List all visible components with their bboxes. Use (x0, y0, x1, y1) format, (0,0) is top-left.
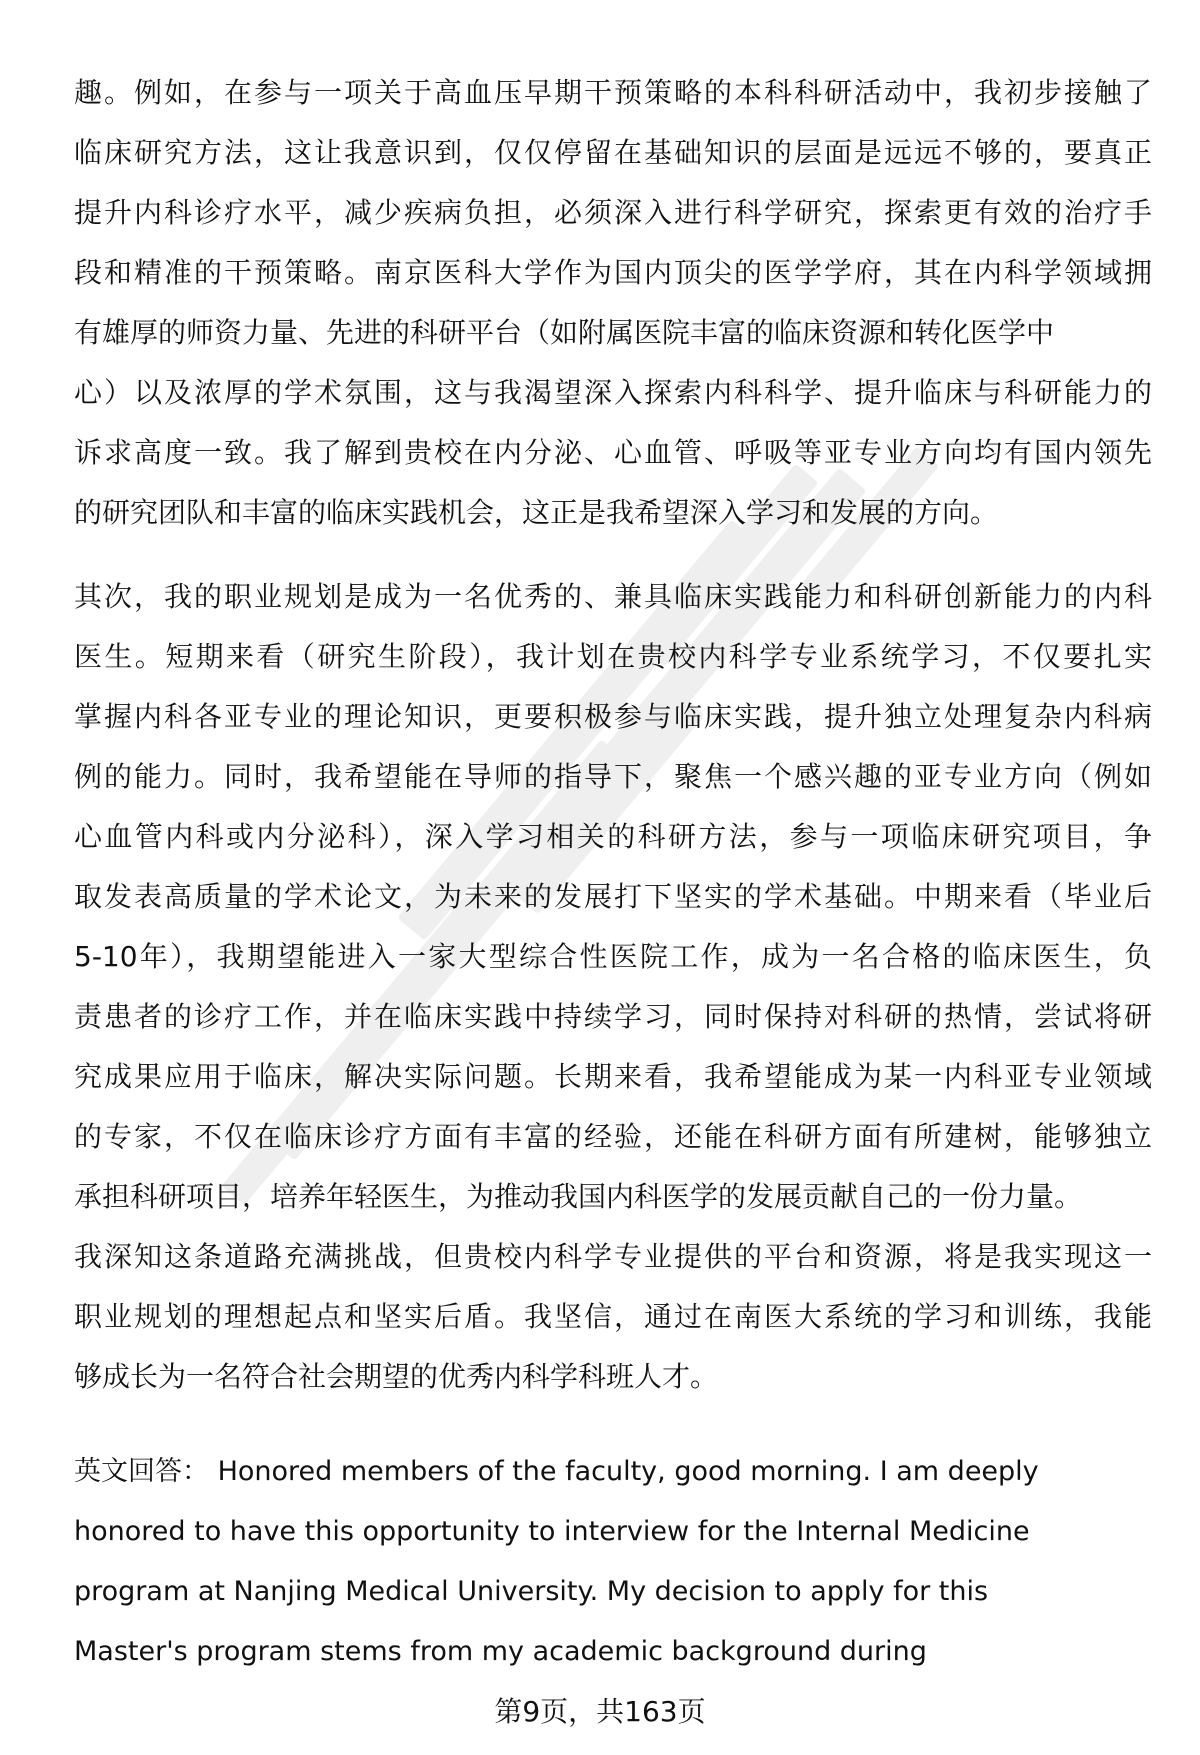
text-line: 例的能力。同时，我希望能在导师的指导下，聚焦一个感兴趣的亚专业方向（例如 (74, 747, 1152, 807)
text-line: 职业规划的理想起点和坚实后盾。我坚信，通过在南医大系统的学习和训练，我能 (74, 1287, 1152, 1347)
text-line: 有雄厚的师资力量、先进的科研平台（如附属医院丰富的临床资源和转化医学中 (74, 303, 1152, 363)
text-line: 的研究团队和丰富的临床实践机会，这正是我希望深入学习和发展的方向。 (74, 483, 1152, 543)
text-line: 5-10年），我期望能进入一家大型综合性医院工作，成为一名合格的临床医生，负 (74, 927, 1152, 987)
text-line: 段和精准的干预策略。南京医科大学作为国内顶尖的医学学府，其在内科学领域拥 (74, 243, 1152, 303)
text-line: 的专家，不仅在临床诊疗方面有丰富的经验，还能在科研方面有所建树，能够独立 (74, 1107, 1152, 1167)
text-line: Master's program stems from my academic … (74, 1622, 1152, 1682)
text-line: 诉求高度一致。我了解到贵校在内分泌、心血管、呼吸等亚专业方向均有国内领先 (74, 423, 1152, 483)
text-line: 心血管内科或内分泌科），深入学习相关的科研方法，参与一项临床研究项目，争 (74, 807, 1152, 867)
text-line: 责患者的诊疗工作，并在临床实践中持续学习，同时保持对科研的热情，尝试将研 (74, 987, 1152, 1047)
text-line: 心）以及浓厚的学术氛围，这与我渴望深入探索内科科学、提升临床与科研能力的 (74, 363, 1152, 423)
text-line: 趣。例如，在参与一项关于高血压早期干预策略的本科科研活动中，我初步接触了 (74, 63, 1152, 123)
text-line: 承担科研项目，培养年轻医生，为推动我国内科医学的发展贡献自己的一份力量。 (74, 1167, 1152, 1227)
text-line: 我深知这条道路充满挑战，但贵校内科学专业提供的平台和资源，将是我实现这一 (74, 1227, 1152, 1287)
text-line: 医生。短期来看（研究生阶段），我计划在贵校内科学专业系统学习，不仅要扎实 (74, 627, 1152, 687)
text-line: 提升内科诊疗水平，减少疾病负担，必须深入进行科学研究，探索更有效的治疗手 (74, 183, 1152, 243)
text-line: 英文回答： Honored members of the faculty, go… (74, 1442, 1152, 1502)
text-line: program at Nanjing Medical University. M… (74, 1562, 1152, 1622)
text-line: 其次，我的职业规划是成为一名优秀的、兼具临床实践能力和科研创新能力的内科 (74, 567, 1152, 627)
text-line: 够成长为一名符合社会期望的优秀内科学科班人才。 (74, 1347, 1152, 1407)
text-line: 临床研究方法，这让我意识到，仅仅停留在基础知识的层面是远远不够的，要真正 (74, 123, 1152, 183)
text-line: 究成果应用于临床，解决实际问题。长期来看，我希望能成为某一内科亚专业领域 (74, 1047, 1152, 1107)
page-number-footer: 第9页，共163页 (0, 1684, 1200, 1740)
text-line: 掌握内科各亚专业的理论知识，更要积极参与临床实践，提升独立处理复杂内科病 (74, 687, 1152, 747)
text-line: honored to have this opportunity to inte… (74, 1502, 1152, 1562)
text-line: 取发表高质量的学术论文，为未来的发展打下坚实的学术基础。中期来看（毕业后 (74, 867, 1152, 927)
